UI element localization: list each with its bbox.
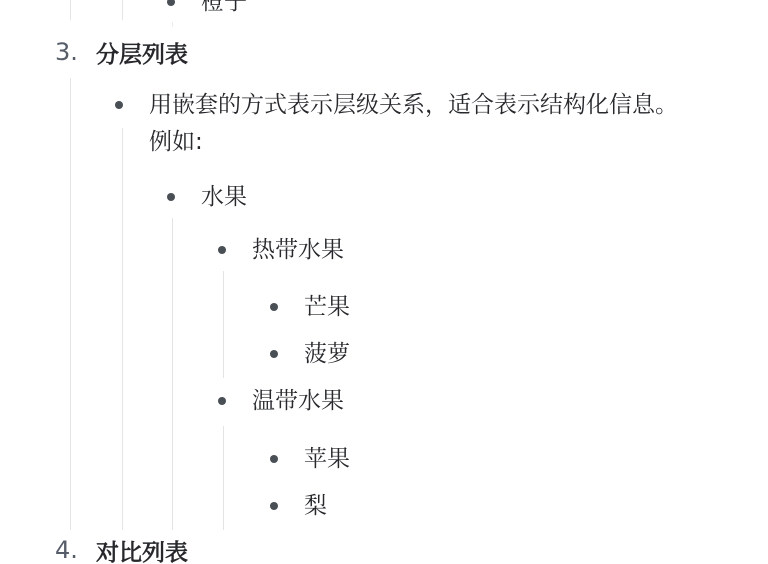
- bullet-icon: [218, 246, 226, 254]
- list-item-text: 苹果: [304, 443, 350, 475]
- bullet-icon: [270, 455, 278, 463]
- list-item-text: 热带水果: [252, 234, 344, 266]
- indent-guide-line: [70, 78, 71, 530]
- numbered-item-4: 4. 对比列表: [55, 534, 188, 564]
- list-item-text: 菠萝: [304, 338, 350, 370]
- description-line-1: 用嵌套的方式表示层级关系，适合表示结构化信息。: [149, 87, 678, 124]
- bullet-icon: [167, 193, 175, 201]
- bullet-icon: [270, 502, 278, 510]
- list-item-fruit: 水果: [167, 181, 247, 213]
- list-item-tropical-fruit: 热带水果: [218, 234, 344, 266]
- numbered-item-3: 3. 分层列表: [55, 36, 188, 68]
- list-number-marker: 3.: [55, 38, 96, 66]
- description-line-2: 例如:: [149, 124, 678, 161]
- bullet-icon: [115, 101, 123, 109]
- indent-guide-line: [172, 22, 173, 27]
- indent-guide-line: [223, 271, 224, 378]
- bullet-icon: [270, 350, 278, 358]
- list-item-mango: 芒果: [270, 291, 350, 323]
- indent-guide-line: [122, 128, 123, 530]
- numbered-item-title: 分层列表: [96, 36, 188, 69]
- indent-guide-line: [70, 0, 71, 20]
- list-item-temperate-fruit: 温带水果: [218, 385, 344, 417]
- list-number-marker: 4.: [55, 536, 96, 564]
- numbered-item-title: 对比列表: [96, 534, 188, 564]
- bullet-icon: [270, 303, 278, 311]
- indent-guide-line: [172, 218, 173, 530]
- bullet-icon: [167, 0, 175, 6]
- list-item-pineapple: 菠萝: [270, 338, 350, 370]
- list-item-text: 水果: [201, 181, 247, 213]
- list-item-apple: 苹果: [270, 443, 350, 475]
- description-text: 用嵌套的方式表示层级关系，适合表示结构化信息。 例如:: [149, 87, 678, 161]
- bullet-icon: [218, 397, 226, 405]
- indent-guide-line: [122, 0, 123, 20]
- list-item-pear: 梨: [270, 490, 327, 522]
- list-item-orange: 橙子: [167, 0, 247, 18]
- indent-guide-line: [223, 426, 224, 530]
- description-bullet-item: 用嵌套的方式表示层级关系，适合表示结构化信息。 例如:: [115, 87, 678, 161]
- list-item-text: 温带水果: [252, 385, 344, 417]
- list-item-text: 芒果: [304, 291, 350, 323]
- document-canvas: 橙子 3. 分层列表 用嵌套的方式表示层级关系，适合表示结构化信息。 例如: 水…: [0, 0, 768, 564]
- list-item-text: 梨: [304, 490, 327, 522]
- list-item-text: 橙子: [201, 0, 247, 18]
